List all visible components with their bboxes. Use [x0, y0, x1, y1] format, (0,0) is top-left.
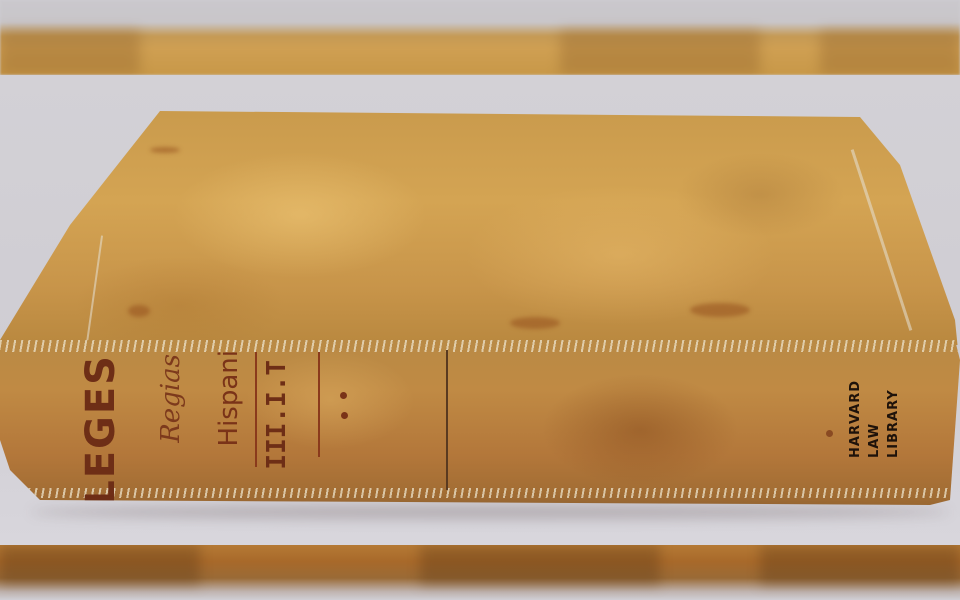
spine-rule — [318, 352, 320, 457]
library-stamp-line: HARVARD — [846, 380, 865, 458]
cover-stain — [690, 303, 750, 317]
stitching-top — [0, 340, 960, 352]
cover-stain — [128, 305, 150, 317]
library-stamp-line: LAW — [865, 380, 884, 458]
cover-stain — [150, 147, 180, 153]
spine-dot — [340, 392, 347, 399]
cover-stain — [510, 317, 560, 329]
blur-streak — [0, 545, 200, 585]
spine-dot — [341, 412, 348, 419]
spine-title-regias: Regias — [156, 354, 186, 443]
book-shadow — [30, 505, 950, 519]
blurred-bottom-strip — [0, 545, 960, 600]
spine-crack — [446, 350, 448, 490]
blur-streak — [0, 30, 140, 75]
library-stamp: HARVARD LAW LIBRARY — [846, 380, 903, 458]
spine-numeral: III.I.T — [262, 360, 292, 470]
blur-streak — [560, 30, 760, 75]
library-stamp-line: LIBRARY — [884, 380, 903, 458]
blur-streak — [420, 545, 660, 585]
spine-title-leges: LEGES — [78, 354, 124, 506]
cover-crease — [851, 149, 913, 331]
stitching-bottom — [0, 488, 960, 498]
spine-title-hispani: Hispani — [214, 350, 244, 446]
book-spine: LEGES Regias Hispani III.I.T HARVARD LAW… — [0, 340, 960, 505]
blur-streak — [820, 30, 960, 75]
blurred-top-strip — [0, 0, 960, 75]
spine-rule — [255, 352, 257, 467]
book-photo: LEGES Regias Hispani III.I.T HARVARD LAW… — [0, 75, 960, 545]
spine-dot — [826, 430, 833, 437]
blur-streak — [760, 545, 960, 585]
book-front-cover — [0, 105, 960, 345]
